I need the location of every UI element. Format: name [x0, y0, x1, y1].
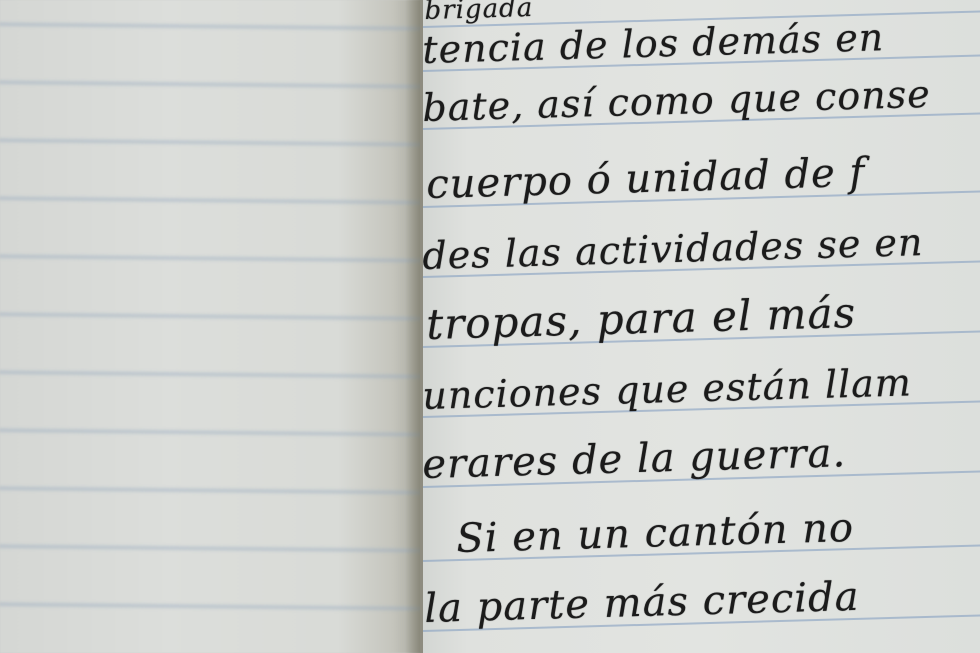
ruled-line	[0, 313, 422, 321]
ruled-line	[0, 197, 422, 205]
handwritten-line: brigada	[424, 0, 533, 26]
handwritten-line: tropas, para el más	[426, 288, 857, 349]
ruled-line	[0, 603, 422, 611]
ruled-line	[0, 23, 422, 31]
ruled-line	[0, 139, 422, 147]
right-page-handwriting: brigada tencia de los demás en bate, así…	[423, 0, 980, 653]
ruled-line	[0, 487, 422, 495]
ruled-line	[0, 429, 422, 437]
ruled-line	[0, 371, 422, 379]
handwritten-line: bate, así como que conse	[423, 72, 931, 130]
ruled-line	[0, 81, 422, 89]
notebook-spread: brigada tencia de los demás en bate, así…	[0, 0, 980, 653]
ruled-line	[0, 255, 422, 263]
handwritten-line: unciones que están llam	[423, 360, 912, 418]
ruled-line	[0, 545, 422, 553]
handwritten-line: des las actividades se en	[423, 220, 924, 278]
handwritten-line: la parte más crecida	[424, 574, 860, 632]
left-page-blank	[0, 0, 422, 653]
handwritten-line: cuerpo ó unidad de f	[426, 150, 866, 208]
handwritten-line: erares de la guerra.	[423, 430, 847, 488]
handwritten-line: Si en un cantón no	[456, 505, 855, 562]
